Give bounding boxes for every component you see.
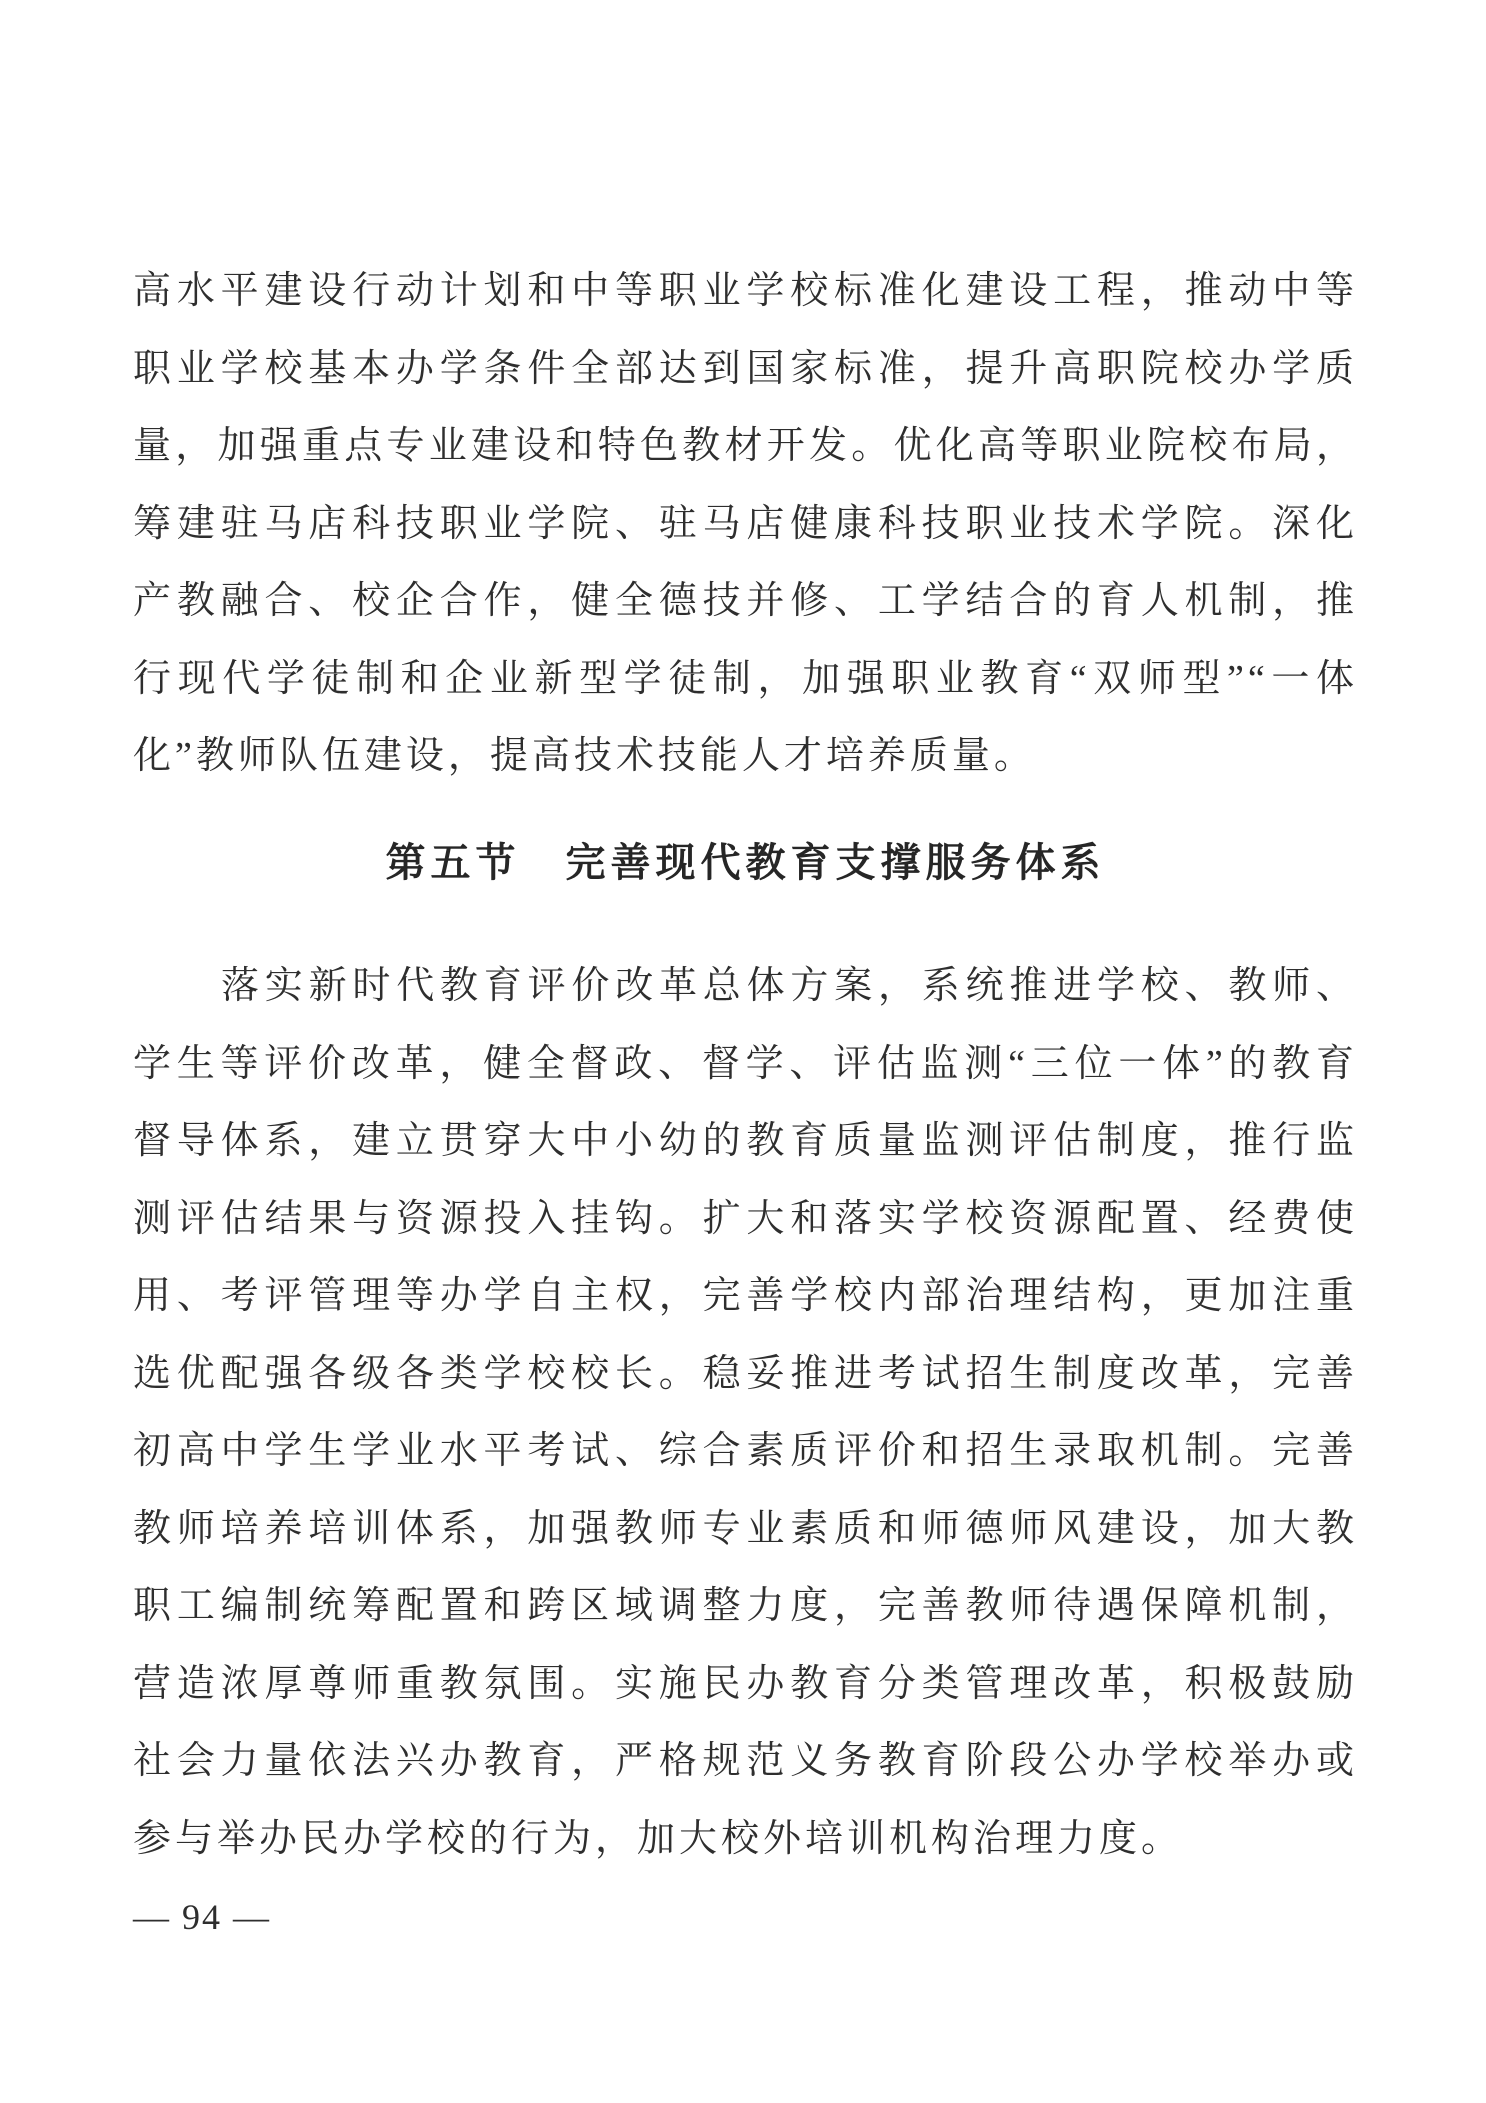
paragraph-1: 高水平建设行动计划和中等职业学校标准化建设工程，推动中等 职业学校基本办学条件全… [133,253,1358,796]
paragraph-line: 行现代学徒制和企业新型学徒制，加强职业教育“双师型”“一体 [133,641,1358,719]
paragraph-line: 职业学校基本办学条件全部达到国家标准，提升高职院校办学质 [133,331,1358,409]
page-number: — 94 — [0,1893,1486,1941]
page-content: 高水平建设行动计划和中等职业学校标准化建设工程，推动中等 职业学校基本办学条件全… [0,0,1486,1878]
document-page: 高水平建设行动计划和中等职业学校标准化建设工程，推动中等 职业学校基本办学条件全… [0,0,1486,2103]
paragraph-line: 选优配强各级各类学校校长。稳妥推进考试招生制度改革，完善 [133,1336,1358,1414]
paragraph-line: 产教融合、校企合作，健全德技并修、工学结合的育人机制，推 [133,563,1358,641]
paragraph-2: 落实新时代教育评价改革总体方案，系统推进学校、教师、 学生等评价改革，健全督政、… [133,948,1358,1878]
paragraph-line: 落实新时代教育评价改革总体方案，系统推进学校、教师、 [133,948,1358,1026]
paragraph-line: 量，加强重点专业建设和特色教材开发。优化高等职业院校布局， [133,408,1358,486]
paragraph-line: 社会力量依法兴办教育，严格规范义务教育阶段公办学校举办或 [133,1723,1358,1801]
paragraph-line: 初高中学生学业水平考试、综合素质评价和招生录取机制。完善 [133,1413,1358,1491]
paragraph-line: 营造浓厚尊师重教氛围。实施民办教育分类管理改革，积极鼓励 [133,1646,1358,1724]
paragraph-line: 化”教师队伍建设，提高技术技能人才培养质量。 [133,718,1358,796]
paragraph-line: 职工编制统筹配置和跨区域调整力度，完善教师待遇保障机制， [133,1568,1358,1646]
paragraph-line: 高水平建设行动计划和中等职业学校标准化建设工程，推动中等 [133,253,1358,331]
section-heading: 第五节 完善现代教育支撑服务体系 [133,824,1358,902]
paragraph-line: 学生等评价改革，健全督政、督学、评估监测“三位一体”的教育 [133,1026,1358,1104]
paragraph-line: 参与举办民办学校的行为，加大校外培训机构治理力度。 [133,1801,1358,1879]
paragraph-line: 用、考评管理等办学自主权，完善学校内部治理结构，更加注重 [133,1258,1358,1336]
paragraph-line: 测评估结果与资源投入挂钩。扩大和落实学校资源配置、经费使 [133,1181,1358,1259]
paragraph-line: 教师培养培训体系，加强教师专业素质和师德师风建设，加大教 [133,1491,1358,1569]
paragraph-line: 督导体系，建立贯穿大中小幼的教育质量监测评估制度，推行监 [133,1103,1358,1181]
paragraph-line: 筹建驻马店科技职业学院、驻马店健康科技职业技术学院。深化 [133,486,1358,564]
